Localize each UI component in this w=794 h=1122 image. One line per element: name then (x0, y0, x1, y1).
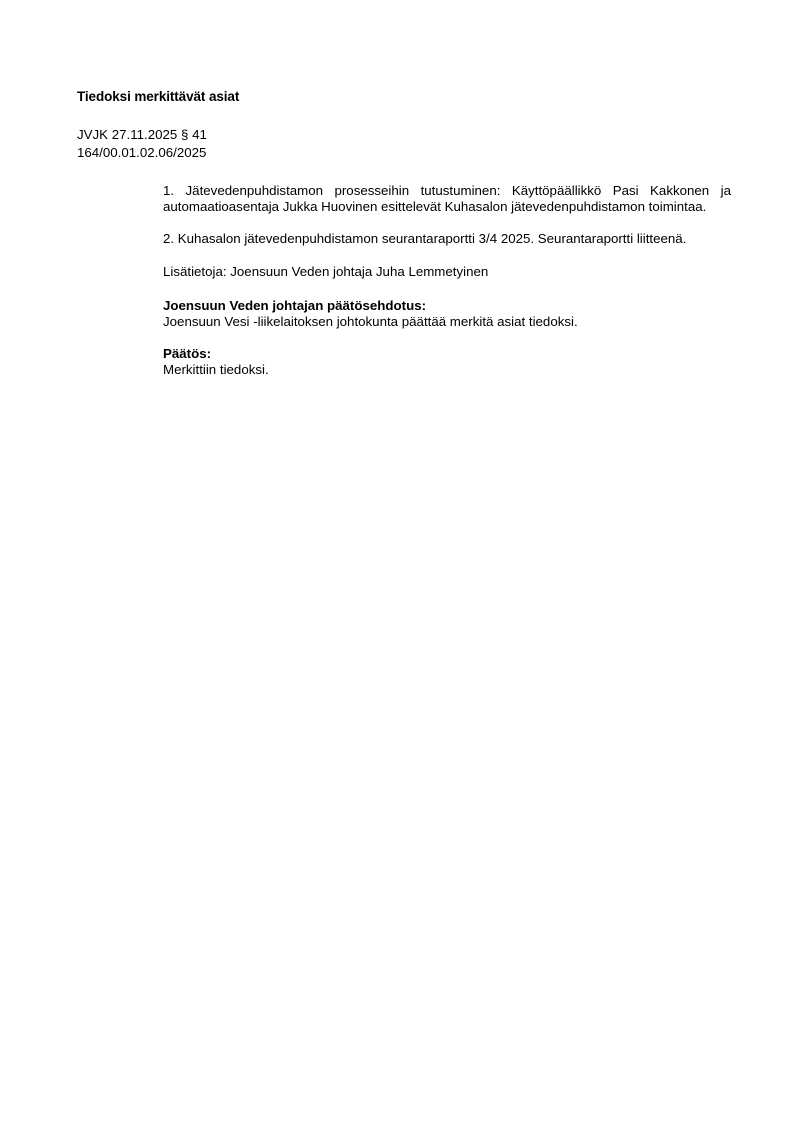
page-title: Tiedoksi merkittävät asiat (77, 89, 239, 105)
reference-block: JVJK 27.11.2025 § 41 164/00.01.02.06/202… (77, 126, 207, 162)
decision-text: Merkittiin tiedoksi. (163, 362, 731, 378)
proposal-text: Joensuun Vesi -liikelaitoksen johtokunta… (163, 314, 731, 330)
decision-title: Päätös: (163, 346, 731, 362)
item-1-paragraph: 1. Jätevedenpuhdistamon prosesseihin tut… (163, 183, 731, 215)
proposal-title: Joensuun Veden johtajan päätösehdotus: (163, 298, 731, 314)
decision-section: Päätös: Merkittiin tiedoksi. (163, 346, 731, 378)
document-body: 1. Jätevedenpuhdistamon prosesseihin tut… (163, 183, 731, 394)
proposal-section: Joensuun Veden johtajan päätösehdotus: J… (163, 298, 731, 330)
record-number: 164/00.01.02.06/2025 (77, 144, 207, 162)
item-2-paragraph: 2. Kuhasalon jätevedenpuhdistamon seuran… (163, 231, 731, 247)
contact-info-paragraph: Lisätietoja: Joensuun Veden johtaja Juha… (163, 264, 731, 280)
meeting-reference: JVJK 27.11.2025 § 41 (77, 126, 207, 144)
